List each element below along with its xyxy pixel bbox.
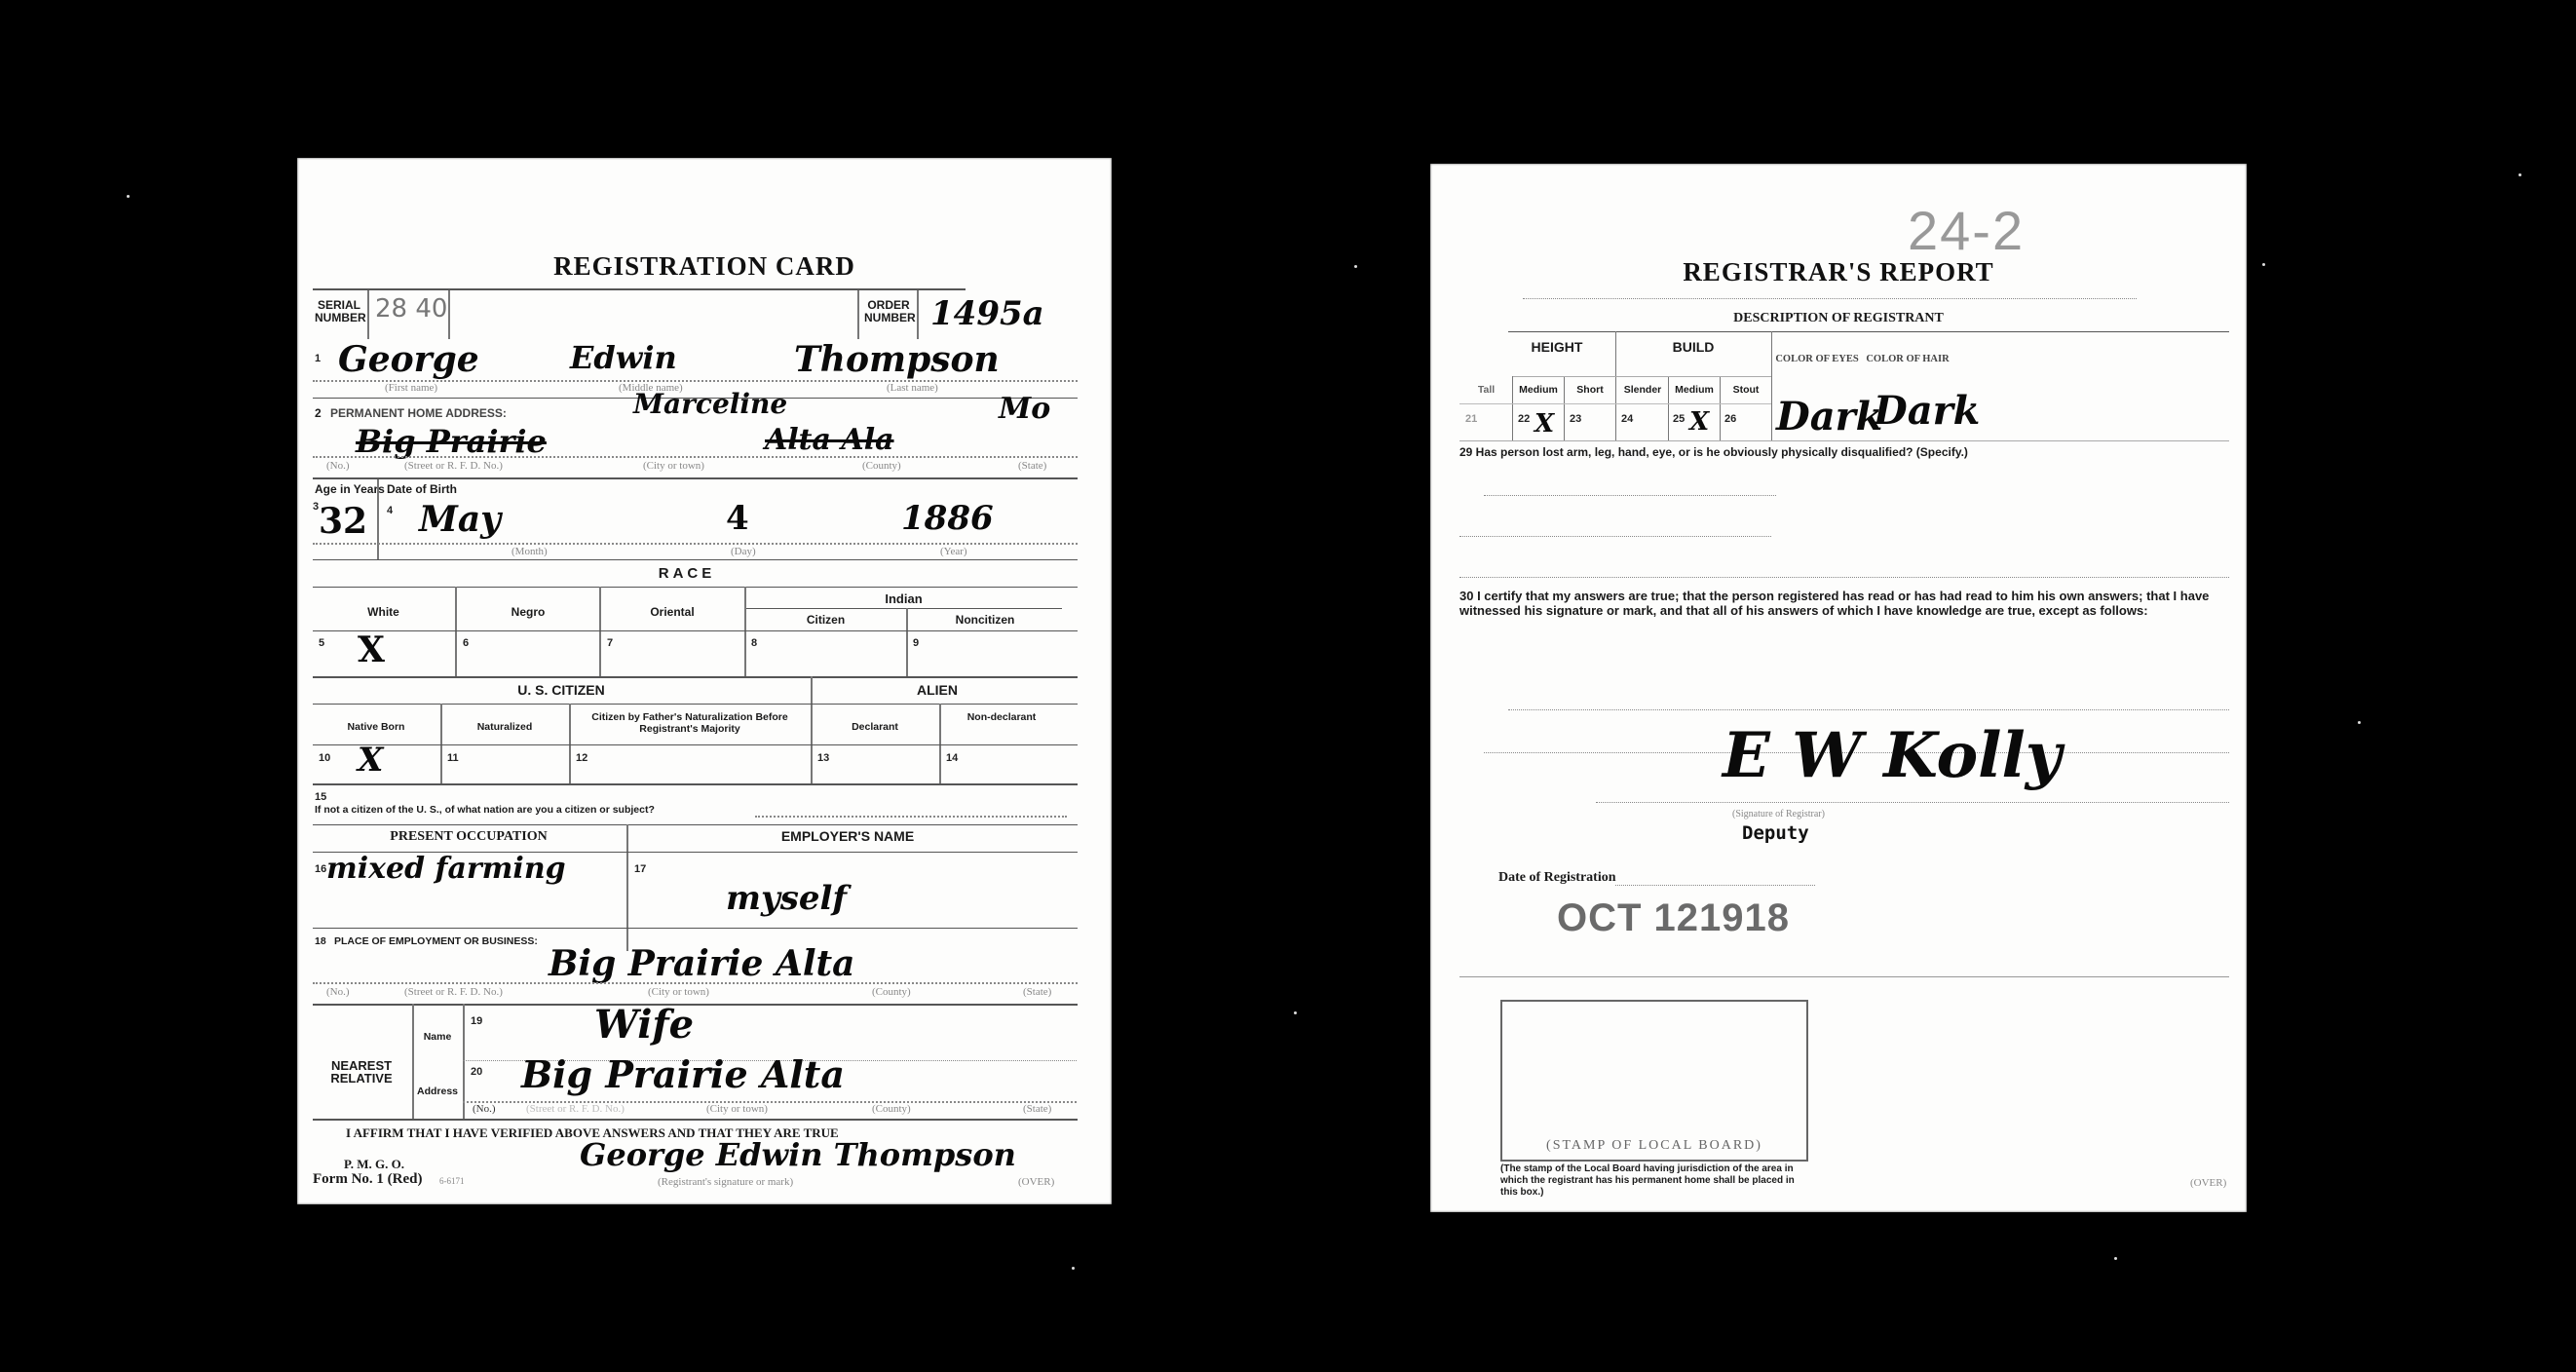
card-title: REGISTRATION CARD (297, 251, 1112, 282)
us-citizen-title: U. S. CITIZEN (313, 684, 810, 697)
height-label: HEIGHT (1489, 341, 1625, 354)
home-state-value: Mo (999, 392, 1050, 426)
home-city-struck: Big Prairie (356, 423, 547, 460)
scan-speck (1294, 1011, 1297, 1014)
divider (1771, 331, 1772, 440)
question-29: 29 Has person lost arm, leg, hand, eye, … (1459, 446, 2229, 458)
field-number: 10 (319, 752, 330, 764)
field-number: 19 (471, 1015, 482, 1027)
home-city-inserted: Marceline (633, 388, 787, 420)
divider (313, 543, 1078, 545)
home-address-label: PERMANENT HOME ADDRESS: (330, 407, 507, 420)
batch-stamp-number: 24-2 (1908, 199, 2025, 262)
report-title: REGISTRAR'S REPORT (1430, 257, 2247, 287)
address-sublabel: (City or town) (643, 460, 704, 472)
address-sublabel: (State) (1018, 460, 1046, 472)
citizen-column-header: Naturalized (441, 721, 568, 733)
divider (448, 290, 450, 339)
age-label: Age in Years (315, 483, 385, 496)
divider (440, 704, 442, 783)
height-column-header: Medium (1513, 384, 1564, 396)
divider (1564, 376, 1565, 440)
employer-label: EMPLOYER'S NAME (628, 830, 1067, 843)
divider (1508, 331, 2229, 332)
deputy-label: Deputy (1742, 822, 1809, 844)
dob-day-value: 4 (726, 499, 749, 538)
order-number-value: 1495a (930, 294, 1044, 333)
divider (1508, 709, 2229, 710)
address-sublabel: (No.) (326, 460, 350, 472)
eye-color-value: Dark (1776, 394, 1882, 439)
serial-number-value: 28 40 (375, 294, 447, 324)
field-number: 24 (1621, 413, 1633, 425)
field-number: 9 (913, 637, 919, 649)
scan-speck (2262, 263, 2265, 266)
race-column-header: Negro (456, 606, 600, 619)
divider (744, 587, 746, 676)
race-column-header: White (313, 606, 454, 619)
field-number: 2 (315, 407, 322, 420)
build-column-header: Medium (1669, 384, 1720, 396)
divider (755, 816, 1067, 818)
field-number: 6 (463, 637, 469, 649)
divider (917, 290, 919, 339)
employer-value: myself (726, 879, 847, 918)
field-number: 15 (315, 791, 326, 803)
address-sublabel: (City or town) (648, 986, 709, 998)
field-number: 25 (1673, 413, 1685, 425)
over-label: (OVER) (1018, 1176, 1054, 1188)
field-number: 14 (946, 752, 958, 764)
occupation-value: mixed farming (326, 852, 566, 886)
divider (939, 704, 941, 783)
native-born-mark: X (358, 741, 383, 780)
height-column-header: Tall (1459, 384, 1513, 396)
dob-sublabel: (Month) (511, 546, 548, 557)
divider (377, 479, 379, 559)
field-number: 12 (576, 752, 587, 764)
address-sublabel: (Street or R. F. D. No.) (526, 1103, 625, 1115)
divider (1596, 802, 2229, 803)
divider (313, 744, 1078, 745)
nationality-question: If not a citizen of the U. S., of what n… (315, 804, 655, 816)
scan-speck (2114, 1257, 2117, 1260)
stamp-box-note: (The stamp of the Local Board having jur… (1500, 1163, 1812, 1199)
scan-speck (1354, 265, 1357, 268)
divider (906, 608, 908, 676)
divider (745, 608, 1062, 609)
build-label: BUILD (1615, 341, 1771, 354)
field-number: 26 (1724, 413, 1736, 425)
field-number: 18 (315, 935, 326, 947)
divider (1513, 376, 1771, 377)
registrar-signature-label: (Signature of Registrar) (1732, 809, 1825, 819)
field-number: 17 (634, 863, 646, 875)
divider (313, 288, 966, 290)
divider (599, 587, 601, 676)
divider (313, 824, 1078, 825)
hair-color-label: COLOR OF HAIR (1864, 354, 1951, 365)
divider (367, 290, 369, 339)
divider (626, 824, 628, 951)
scan-speck (1072, 1267, 1075, 1270)
race-title: RACE (297, 567, 1077, 580)
registrar-report-card: 24-2 REGISTRAR'S REPORT DESCRIPTION OF R… (1430, 164, 2247, 1212)
build-column-header: Stout (1721, 384, 1771, 396)
local-board-stamp-box: (STAMP OF LOCAL BOARD) (1500, 1000, 1808, 1162)
divider (455, 587, 457, 676)
registrant-signature: George Edwin Thompson (580, 1136, 1016, 1173)
race-column-header: Oriental (600, 606, 744, 619)
field-number: 21 (1465, 413, 1477, 425)
stamp-box-label: (STAMP OF LOCAL BOARD) (1502, 1138, 1806, 1154)
order-number-label: ORDER NUMBER (864, 299, 913, 324)
height-column-header: Short (1565, 384, 1615, 396)
field-number: 11 (447, 752, 459, 764)
nearest-relative-label: NEAREST RELATIVE (313, 1059, 410, 1085)
build-medium-mark: X (1689, 407, 1709, 437)
dob-year-value: 1886 (901, 499, 994, 538)
divider (313, 783, 1078, 785)
citizen-column-header: Native Born (313, 721, 439, 733)
build-column-header: Slender (1617, 384, 1668, 396)
over-label: (OVER) (2190, 1177, 2226, 1189)
dob-sublabel: (Day) (731, 546, 756, 557)
first-name-value: George (338, 339, 479, 380)
dob-label: Date of Birth (387, 483, 457, 496)
field-number: 16 (315, 863, 326, 875)
race-indian-header: Indian (745, 592, 1062, 605)
relative-name-label: Name (414, 1031, 461, 1043)
field-number: 22 (1518, 413, 1530, 425)
last-name-value: Thompson (794, 339, 1000, 380)
eye-color-label: COLOR OF EYES (1773, 354, 1861, 365)
divider (313, 1004, 1078, 1006)
divider (1459, 976, 2229, 977)
divider (857, 290, 859, 339)
field-number: 5 (319, 637, 324, 649)
address-sublabel: (City or town) (706, 1103, 768, 1115)
question-30: 30 I certify that my answers are true; t… (1459, 589, 2229, 618)
divider (313, 704, 1078, 705)
address-sublabel: (No.) (326, 986, 350, 998)
scan-speck (127, 195, 130, 198)
scan-speck (2519, 173, 2521, 176)
divider (1512, 376, 1513, 440)
relative-address-value: Big Prairie Alta (521, 1052, 845, 1096)
field-number: 23 (1570, 413, 1581, 425)
divider (313, 928, 1078, 929)
print-code: 6-6171 (439, 1176, 465, 1186)
hair-color-value: Dark (1874, 388, 1980, 434)
divider (1668, 376, 1669, 440)
field-number: 8 (751, 637, 757, 649)
divider (313, 559, 1078, 560)
address-sublabel: (Street or R. F. D. No.) (404, 460, 503, 472)
age-value: 32 (319, 501, 367, 542)
divider (1523, 298, 2137, 299)
divider (313, 1119, 1078, 1121)
registration-card: REGISTRATION CARD SERIAL NUMBER 28 40 OR… (297, 158, 1112, 1204)
divider (313, 456, 1078, 458)
race-column-header: Citizen (745, 614, 906, 627)
citizen-column-header: Citizen by Father's Naturalization Befor… (570, 711, 810, 735)
registrar-signature: E W Kolly (1723, 719, 2062, 792)
divider (1484, 495, 1776, 496)
dob-month-value: May (419, 499, 501, 540)
registration-date-stamp: OCT 121918 (1557, 896, 1790, 940)
divider (1720, 376, 1721, 440)
height-medium-mark: X (1534, 409, 1554, 438)
dob-sublabel: (Year) (940, 546, 967, 557)
address-sublabel: (State) (1023, 986, 1051, 998)
home-county-struck: Alta Ala (765, 423, 894, 457)
address-sublabel: (Street or R. F. D. No.) (404, 986, 503, 998)
form-id-line2: Form No. 1 (Red) (313, 1173, 422, 1186)
address-sublabel: (County) (872, 986, 911, 998)
field-number: 1 (315, 353, 321, 364)
description-subtitle: DESCRIPTION OF REGISTRANT (1430, 312, 2247, 324)
divider (569, 704, 571, 783)
field-number: 20 (471, 1066, 482, 1078)
divider (313, 982, 1078, 984)
occupation-label: PRESENT OCCUPATION (313, 830, 625, 843)
employment-place-label: PLACE OF EMPLOYMENT OR BUSINESS: (334, 935, 538, 947)
race-white-mark: X (358, 629, 385, 670)
relative-name-value: Wife (594, 1002, 694, 1048)
registration-date-label: Date of Registration (1498, 871, 1616, 884)
relative-address-label: Address (414, 1086, 461, 1097)
employment-place-value: Big Prairie Alta (549, 943, 855, 984)
divider (1459, 403, 1771, 404)
address-sublabel: (State) (1023, 1103, 1051, 1115)
serial-number-label: SERIAL NUMBER (315, 299, 363, 324)
first-name-label: (First name) (385, 382, 437, 394)
divider (1459, 577, 2229, 578)
last-name-label: (Last name) (887, 382, 938, 394)
alien-title: ALIEN (812, 684, 1063, 697)
form-id-line1: P. M. G. O. (344, 1158, 404, 1170)
divider (313, 676, 1078, 678)
address-sublabel: (County) (862, 460, 901, 472)
field-number: 13 (817, 752, 829, 764)
scan-speck (2358, 721, 2361, 724)
field-number: 4 (387, 505, 393, 516)
alien-column-header: Declarant (812, 721, 938, 733)
race-column-header: Noncitizen (907, 614, 1063, 627)
divider (313, 630, 1078, 631)
divider (1615, 885, 1815, 886)
address-sublabel: (County) (872, 1103, 911, 1115)
divider (1459, 536, 1771, 537)
middle-name-value: Edwin (570, 339, 677, 376)
address-sublabel: (No.) (473, 1103, 496, 1115)
field-number: 7 (607, 637, 613, 649)
divider (1459, 440, 2229, 441)
alien-column-header: Non-declarant (940, 711, 1063, 723)
divider (313, 477, 1078, 479)
divider (412, 1004, 414, 1119)
divider (313, 587, 1078, 588)
signature-label: (Registrant's signature or mark) (658, 1176, 793, 1188)
